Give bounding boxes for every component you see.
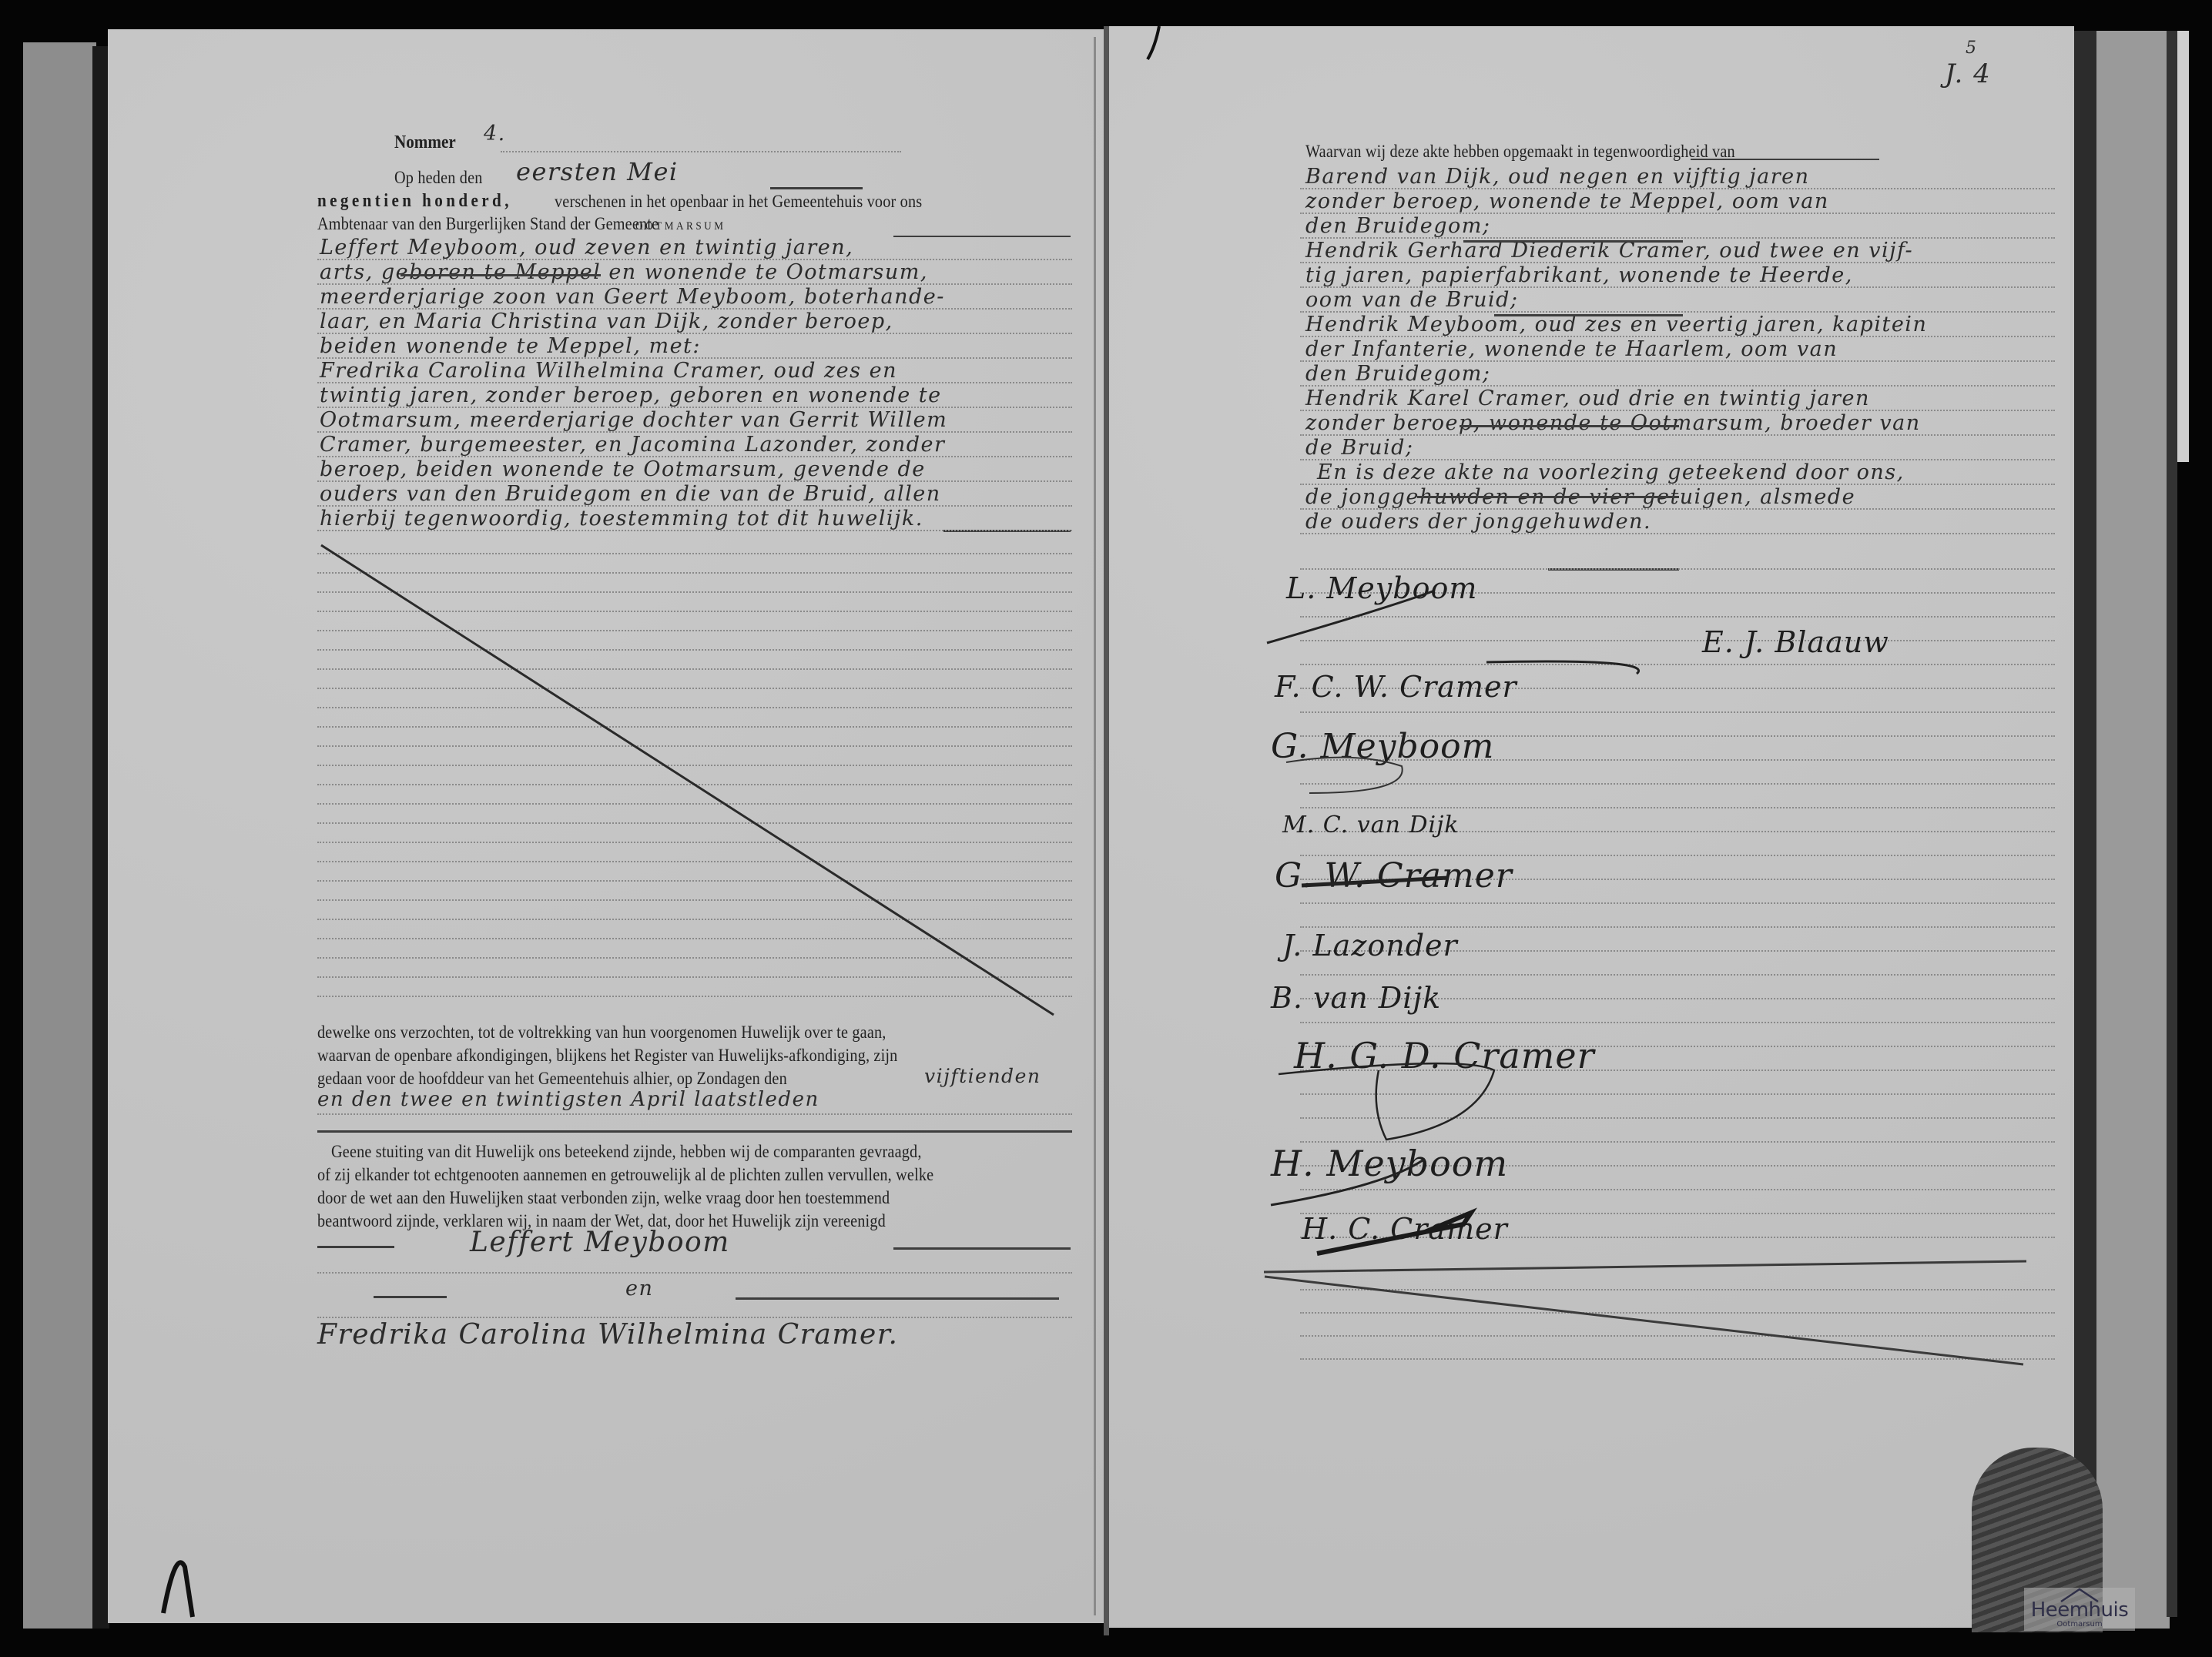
fill-rule	[1691, 159, 1879, 160]
dotted-line	[317, 382, 1072, 383]
dotted-line	[317, 630, 1072, 631]
dotted-line	[1300, 237, 2055, 239]
intro-line-1: verschenen in het openbaar in het Gemeen…	[555, 192, 922, 212]
dotted-line	[1300, 1117, 2055, 1119]
dotted-line	[1300, 664, 2055, 665]
left-page-margin-rule	[1094, 37, 1096, 1615]
dotted-line	[317, 976, 1072, 978]
handwritten-line: den Bruidegom;	[1305, 214, 1491, 238]
dotted-line	[317, 707, 1072, 708]
dotted-line	[1300, 616, 2055, 618]
printed-paragraph-2-line: door de wet aan den Huwelijken staat ver…	[317, 1188, 890, 1208]
dotted-line	[1300, 568, 2055, 570]
handwritten-line: zonder beroep, wonende te Meppel, oom va…	[1305, 189, 1829, 213]
dotted-line	[317, 919, 1072, 920]
dotted-line	[317, 957, 1072, 959]
handwritten-line: Cramer, burgemeester, en Jacomina Lazond…	[320, 433, 945, 457]
bride-name: Fredrika Carolina Wilhelmina Cramer.	[317, 1319, 899, 1351]
dotted-line	[317, 480, 1072, 482]
dotted-line	[1300, 533, 2055, 534]
handwritten-line: meerderjarige zoon van Geert Meyboom, bo…	[320, 285, 945, 309]
watermark-place: Ootmarsum	[2024, 1620, 2135, 1629]
dotted-line	[317, 357, 1072, 359]
fill-rule	[1460, 425, 1679, 427]
handwritten-line: tig jaren, papierfabrikant, wonende te H…	[1305, 263, 1853, 287]
handwritten-line: den Bruidegom;	[1305, 362, 1491, 386]
handwritten-line: arts, geboren te Meppel en wonende te Oo…	[320, 260, 928, 284]
dotted-line	[317, 505, 1072, 507]
page-annotation-top: 5	[1966, 38, 1978, 58]
printed-paragraph-1-line: dewelke ons verzochten, tot de voltrekki…	[317, 1023, 886, 1043]
dotted-line	[317, 899, 1072, 901]
dotted-line	[1300, 311, 2055, 313]
dotted-line	[1300, 188, 2055, 189]
dotted-line	[317, 308, 1072, 310]
dotted-line	[317, 1317, 1072, 1318]
year-text: negentien honderd,	[317, 191, 512, 212]
fill-rule	[736, 1297, 1059, 1300]
fill-rule	[374, 1296, 447, 1298]
dotted-line	[1300, 336, 2055, 337]
fill-rule	[893, 1247, 1071, 1250]
dotted-line	[1300, 410, 2055, 411]
handwritten-line: Hendrik Karel Cramer, oud drie en twinti…	[1305, 387, 1870, 410]
left-book-edge	[23, 42, 96, 1629]
handwritten-line: En is deze akte na voorlezing geteekend …	[1317, 460, 1905, 484]
dotted-line	[317, 938, 1072, 939]
dotted-line	[317, 649, 1072, 651]
signature-witness: H. Meyboom	[1271, 1143, 1508, 1184]
dotted-line	[317, 591, 1072, 593]
fill-rule	[1494, 314, 1683, 316]
fill-rule	[401, 274, 601, 276]
dotted-line	[317, 259, 1072, 260]
dotted-line	[317, 407, 1072, 408]
dotted-line	[1300, 434, 2055, 436]
handwritten-line: Leffert Meyboom, oud zeven en twintig ja…	[320, 236, 853, 259]
dotted-line	[317, 842, 1072, 843]
dotted-line	[1300, 1093, 2055, 1095]
municipality-name: OOTMARSUM	[635, 220, 726, 233]
signature-mother-bride: J. Lazonder	[1282, 929, 1458, 962]
groom-name: Leffert Meyboom	[470, 1227, 730, 1258]
signature-mother-groom: M. C. van Dijk	[1282, 812, 1460, 839]
signature-witness: E. J. Blaauw	[1702, 625, 1889, 659]
conjunction-en: en	[625, 1277, 653, 1300]
dotted-line	[317, 765, 1072, 766]
dotted-line	[1300, 213, 2055, 214]
left-page: Nommer 4. Op heden den eersten Mei negen…	[108, 29, 1107, 1623]
fill-rule	[317, 1246, 394, 1248]
banns-date-1: vijftienden	[924, 1065, 1041, 1087]
printed-paragraph-1-line: gedaan voor de hoofddeur van het Gemeent…	[317, 1069, 787, 1089]
dotted-line	[317, 996, 1072, 997]
witnesses-intro: Waarvan wij deze akte hebben opgemaakt i…	[1305, 142, 1735, 162]
dotted-line	[317, 861, 1072, 862]
handwritten-line: zonder beroep, wonende te Ootmarsum, bro…	[1305, 411, 1921, 435]
dotted-line	[317, 784, 1072, 785]
dotted-line	[1300, 974, 2055, 976]
dotted-line	[1300, 484, 2055, 485]
signature-father-groom: G. Meyboom	[1271, 727, 1494, 766]
dotted-line	[1300, 1358, 2055, 1360]
watermark-name: Heemhuis	[2024, 1598, 2135, 1622]
dotted-line	[317, 688, 1072, 689]
dotted-line	[1300, 286, 2055, 288]
page-annotation: J. 4	[1945, 59, 1991, 89]
record-number: 4.	[484, 122, 506, 146]
dotted-line	[317, 880, 1072, 882]
dotted-line	[1300, 926, 2055, 928]
handwritten-line: Ootmarsum, meerderjarige dochter van Ger…	[320, 408, 947, 432]
dotted-line	[1300, 807, 2055, 808]
archive-watermark: Heemhuis Ootmarsum	[2024, 1588, 2135, 1631]
dotted-line	[317, 333, 1072, 334]
signature-father-bride: G. W. Cramer	[1275, 856, 1513, 895]
dotted-line	[1300, 640, 2055, 641]
dotted-line	[317, 611, 1072, 612]
right-book-binding-line	[2167, 31, 2177, 1617]
dotted-line	[317, 1113, 1072, 1115]
dotted-line	[317, 803, 1072, 805]
right-book-edge	[2096, 31, 2170, 1629]
handwritten-line: beiden wonende te Meppel, met:	[320, 334, 701, 358]
signature-bride: F. C. W. Cramer	[1275, 670, 1517, 704]
section-rule	[317, 1130, 1072, 1133]
dotted-line	[317, 456, 1072, 457]
dotted-line	[1300, 1022, 2055, 1023]
handwritten-line: Barend van Dijk, oud negen en vijftig ja…	[1305, 165, 1810, 189]
dotted-line	[1300, 711, 2055, 713]
right-page-edge-highlight	[2177, 31, 2189, 462]
fill-rule	[1417, 496, 1679, 498]
dotted-line	[317, 668, 1072, 670]
dotted-line	[317, 530, 1072, 531]
signature-witness: H. G. D. Cramer	[1294, 1035, 1595, 1076]
dotted-line	[317, 726, 1072, 728]
handwritten-line: de ouders der jonggehuwden.	[1305, 510, 1651, 534]
handwritten-line: der Infanterie, wonende te Haarlem, oom …	[1305, 337, 1838, 361]
dotted-line	[1300, 1335, 2055, 1337]
date-intro: Op heden den	[394, 168, 483, 188]
dotted-line	[1300, 1312, 2055, 1314]
handwritten-line: hierbij tegenwoordig, toestemming tot di…	[320, 507, 923, 531]
signature-groom: L. Meyboom	[1286, 571, 1477, 605]
right-book-edge-shadow	[2073, 31, 2096, 1617]
printed-paragraph-1-line: waarvan de openbare afkondigingen, blijk…	[317, 1046, 897, 1066]
left-book-binding-line	[92, 46, 109, 1629]
dotted-line	[501, 151, 901, 152]
handwritten-line: ouders van den Bruidegom en die van de B…	[320, 482, 941, 506]
fill-rule	[770, 187, 863, 189]
dotted-line	[317, 572, 1072, 574]
marriage-date: eersten Mei	[516, 157, 679, 186]
dotted-line	[1300, 1289, 2055, 1290]
handwritten-line: de Bruid;	[1305, 436, 1414, 460]
signature-witness: H. C. Cramer	[1302, 1212, 1508, 1246]
dotted-line	[1300, 508, 2055, 510]
dotted-line	[1300, 1189, 2055, 1190]
right-page: 5 J. 4 Waarvan wij deze akte hebben opge…	[1109, 26, 2074, 1628]
handwritten-line: Fredrika Carolina Wilhelmina Cramer, oud…	[320, 359, 897, 383]
fill-rule	[893, 236, 1071, 237]
dotted-line	[317, 1272, 1072, 1274]
dotted-line	[317, 745, 1072, 747]
dotted-line	[1300, 360, 2055, 362]
dotted-line	[317, 822, 1072, 824]
printed-paragraph-2-line: of zij elkander tot echtgenooten aanneme…	[317, 1165, 933, 1185]
dotted-line	[317, 431, 1072, 433]
dotted-line	[1300, 262, 2055, 263]
intro-line-2: Ambtenaar van den Burgerlijken Stand der…	[317, 214, 659, 234]
banns-date-2: en den twee en twintigsten April laatstl…	[317, 1088, 819, 1111]
fill-rule	[1463, 240, 1683, 243]
dotted-line	[317, 283, 1072, 285]
handwritten-line: oom van de Bruid;	[1305, 288, 1519, 312]
book-spine	[1104, 26, 1109, 1635]
dotted-line	[1300, 459, 2055, 460]
number-label: Nommer	[394, 132, 456, 153]
dotted-line	[1300, 385, 2055, 387]
dotted-line	[1300, 783, 2055, 785]
signature-witness: B. van Dijk	[1271, 981, 1441, 1015]
handwritten-line: twintig jaren, zonder beroep, geboren en…	[320, 383, 942, 407]
dotted-line	[317, 553, 1072, 554]
dotted-line	[1300, 902, 2055, 904]
handwritten-line: laar, en Maria Christina van Dijk, zonde…	[320, 310, 893, 333]
printed-paragraph-2-line: Geene stuiting van dit Huwelijk ons bete…	[331, 1142, 922, 1162]
handwritten-line: beroep, beiden wonende te Ootmarsum, gev…	[320, 457, 926, 481]
